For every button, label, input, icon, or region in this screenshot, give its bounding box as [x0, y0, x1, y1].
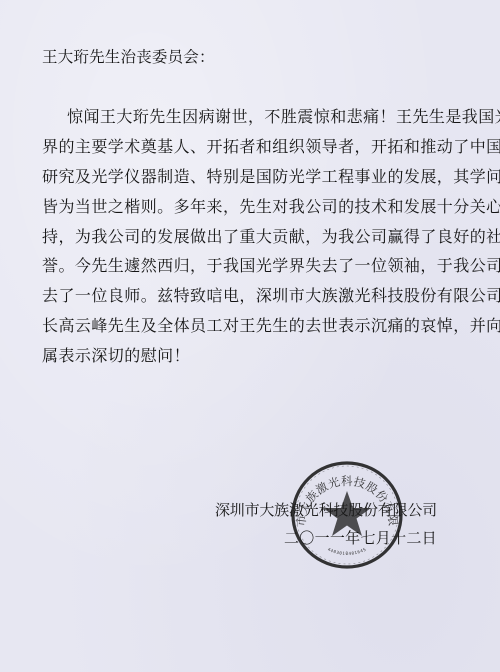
- body-line: 去了一位良师。兹特致唁电，深圳市大族激光科技股份有限公司董事: [42, 284, 444, 314]
- seal-star-icon: [323, 491, 371, 536]
- body-line: 界的主要学术奠基人、开拓者和组织领导者，开拓和推动了中国光学: [42, 135, 444, 165]
- body-line: 皆为当世之楷则。多年来，先生对我公司的技术和发展十分关心和支: [42, 195, 444, 225]
- company-seal: 深圳市大族激光科技股份有限公司 4403010401645: [291, 461, 403, 569]
- body-line: 长高云峰先生及全体员工对王先生的去世表示沉痛的哀悼，并向其家: [42, 314, 444, 344]
- body-line: 誉。今先生遽然西归，于我国光学界失去了一位领袖，于我公司则失: [42, 254, 444, 284]
- seal-icon: 深圳市大族激光科技股份有限公司 4403010401645: [291, 461, 403, 569]
- body-line: 研究及光学仪器制造、特别是国防光学工程事业的发展，其学问师德: [42, 165, 444, 195]
- letter-body: 惊闻王大珩先生因病谢世，不胜震惊和悲痛！王先生是我国光学 界的主要学术奠基人、开…: [42, 105, 444, 374]
- salutation: 王大珩先生治丧委员会：: [42, 45, 215, 67]
- condolence-letter: 王大珩先生治丧委员会： 惊闻王大珩先生因病谢世，不胜震惊和悲痛！王先生是我国光学…: [0, 0, 500, 672]
- body-line: 属表示深切的慰问！: [42, 344, 444, 374]
- seal-serial-number: 4403010401645: [327, 547, 367, 556]
- body-line: 惊闻王大珩先生因病谢世，不胜震惊和悲痛！王先生是我国光学: [42, 105, 444, 135]
- svg-text:4403010401645: 4403010401645: [327, 547, 367, 556]
- body-line: 持，为我公司的发展做出了重大贡献，为我公司赢得了良好的社会声: [42, 225, 444, 255]
